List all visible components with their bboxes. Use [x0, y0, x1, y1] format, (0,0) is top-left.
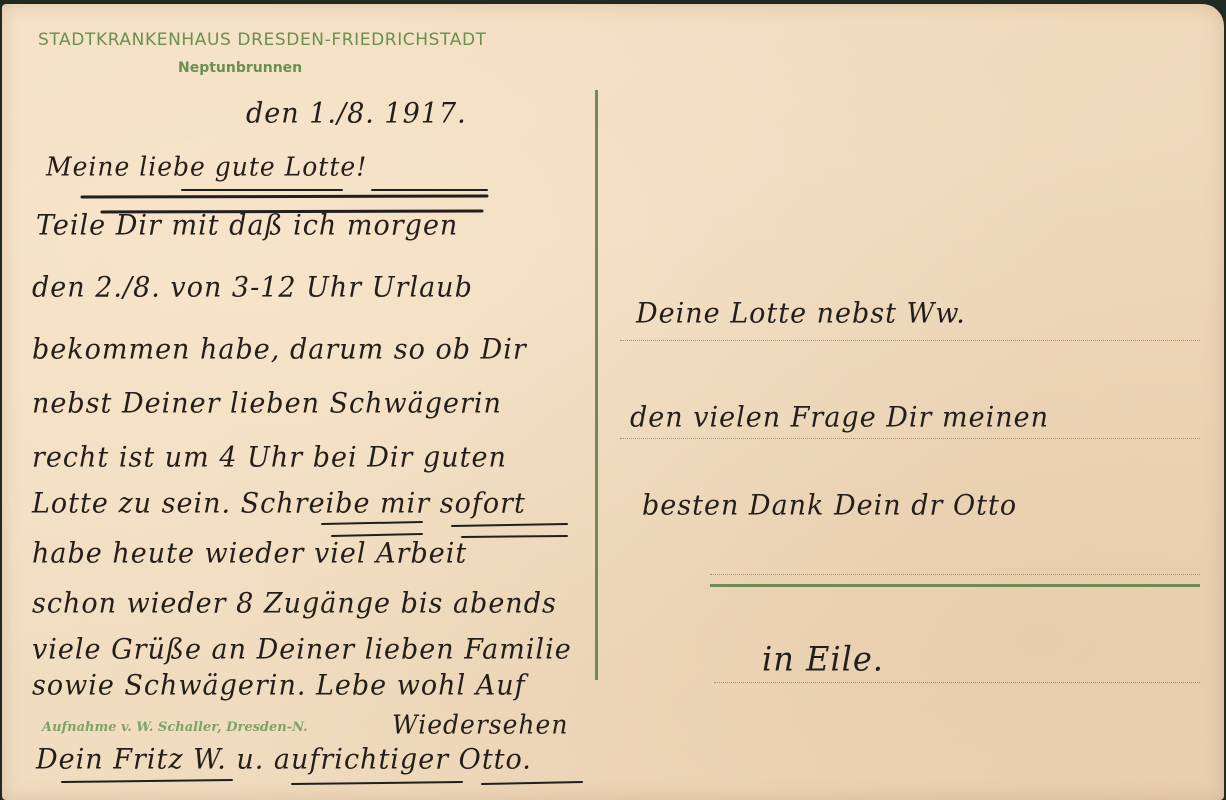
message-line: recht ist um 4 Uhr bei Dir guten: [32, 441, 507, 474]
message-line: sowie Schwägerin. Lebe wohl Auf: [32, 669, 526, 702]
photo-credit: Aufnahme v. W. Schaller, Dresden-N.: [42, 720, 308, 735]
message-line: Teile Dir mit daß ich morgen: [36, 209, 458, 242]
postcard: STADTKRANKENHAUS DRESDEN-FRIEDRICHSTADT …: [2, 4, 1224, 800]
message-line: Lotte zu sein. Schreibe mir sofort: [32, 487, 526, 520]
message-line: schon wieder 8 Zugänge bis abends: [32, 587, 557, 620]
address-rule: [710, 584, 1200, 587]
address-text-5: in Eile.: [762, 639, 884, 679]
message-line: bekommen habe, darum so ob Dir: [32, 333, 527, 366]
message-line: nebst Deiner lieben Schwägerin: [32, 387, 502, 420]
message-signature: Dein Fritz W. u. aufrichtiger Otto.: [36, 743, 532, 776]
address-text-2: den vielen Frage Dir meinen: [630, 401, 1049, 434]
address-text-3: besten Dank Dein dr Otto: [642, 489, 1017, 522]
address-line-3: [710, 574, 1200, 575]
message-line: viele Grüße an Deiner lieben Familie: [32, 633, 572, 666]
address-line-2: [620, 438, 1200, 439]
address-line-1: [620, 340, 1200, 341]
address-text-1: Deine Lotte nebst Ww.: [636, 297, 966, 330]
message-closing: Wiedersehen: [392, 709, 568, 739]
message-line: habe heute wieder viel Arbeit: [32, 537, 467, 570]
address-line-4: [714, 682, 1200, 683]
message-line: den 2./8. von 3-12 Uhr Urlaub: [32, 271, 473, 304]
